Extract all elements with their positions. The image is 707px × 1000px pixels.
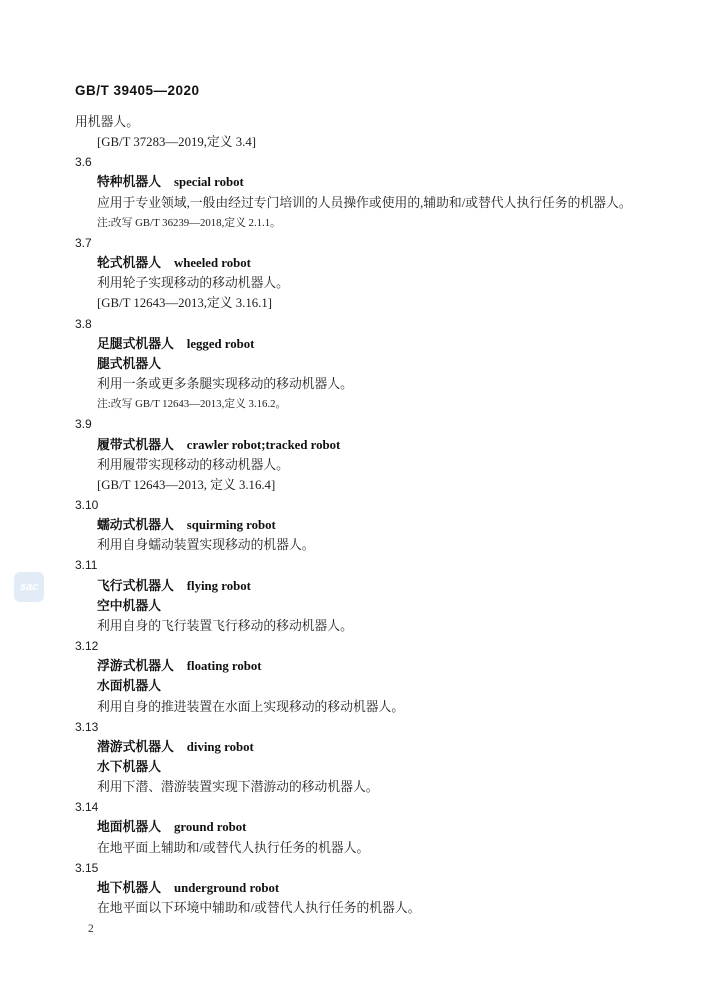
- section: 3.6 特种机器人special robot 应用于专业领域,一般由经过专门培训…: [75, 152, 650, 233]
- clause-number: 3.9: [75, 414, 650, 434]
- definition: 利用下潜、潜游装置实现下潜游动的移动机器人。: [75, 777, 650, 797]
- definition: 利用自身的飞行装置飞行移动的移动机器人。: [75, 616, 650, 636]
- clause-number: 3.11: [75, 555, 650, 575]
- term-english: special robot: [174, 175, 244, 189]
- term-line: 浮游式机器人floating robot: [75, 656, 650, 676]
- term-english: diving robot: [187, 740, 254, 754]
- definition: 在地平面上辅助和/或替代人执行任务的机器人。: [75, 838, 650, 858]
- sac-watermark-text: sac: [19, 581, 39, 593]
- page-content: 用机器人。 [GB/T 37283—2019,定义 3.4] 3.6 特种机器人…: [75, 112, 650, 939]
- term-english: wheeled robot: [174, 256, 251, 270]
- standard-document-page: GB/T 39405—2020 sac 用机器人。 [GB/T 37283—20…: [0, 0, 707, 1000]
- sac-watermark: sac: [14, 572, 44, 602]
- clause-number: 3.10: [75, 495, 650, 515]
- term-chinese: 地面机器人: [97, 819, 161, 834]
- term-alternate: 水下机器人: [75, 757, 650, 777]
- term-chinese: 飞行式机器人: [97, 578, 174, 593]
- reference: [GB/T 12643—2013,定义 3.16.1]: [75, 293, 650, 313]
- term-chinese: 履带式机器人: [97, 437, 174, 452]
- term-alternate: 水面机器人: [75, 676, 650, 696]
- note: 注:改写 GB/T 36239—2018,定义 2.1.1。: [75, 213, 650, 233]
- section: 3.8 足腿式机器人legged robot 腿式机器人 利用一条或更多条腿实现…: [75, 314, 650, 415]
- definition: 利用一条或更多条腿实现移动的移动机器人。: [75, 374, 650, 394]
- reference: [GB/T 12643—2013, 定义 3.16.4]: [75, 475, 650, 495]
- definition: 应用于专业领域,一般由经过专门培训的人员操作或使用的,辅助和/或替代人执行任务的…: [75, 193, 650, 213]
- section: 3.14 地面机器人ground robot 在地平面上辅助和/或替代人执行任务…: [75, 797, 650, 857]
- clause-number: 3.14: [75, 797, 650, 817]
- term-chinese: 特种机器人: [97, 174, 161, 189]
- term-chinese: 浮游式机器人: [97, 658, 174, 673]
- term-line: 履带式机器人crawler robot;tracked robot: [75, 435, 650, 455]
- definition: 利用自身的推进装置在水面上实现移动的移动机器人。: [75, 697, 650, 717]
- term-english: legged robot: [187, 337, 255, 351]
- clause-number: 3.12: [75, 636, 650, 656]
- term-line: 足腿式机器人legged robot: [75, 334, 650, 354]
- document-number-header: GB/T 39405—2020: [75, 83, 200, 98]
- term-line: 轮式机器人wheeled robot: [75, 253, 650, 273]
- clause-number: 3.6: [75, 152, 650, 172]
- definition: 在地平面以下环境中辅助和/或替代人执行任务的机器人。: [75, 898, 650, 918]
- term-line: 地下机器人underground robot: [75, 878, 650, 898]
- preamble-text: 用机器人。: [75, 112, 650, 132]
- section: 3.7 轮式机器人wheeled robot 利用轮子实现移动的移动机器人。 […: [75, 233, 650, 314]
- term-line: 地面机器人ground robot: [75, 817, 650, 837]
- page-number: 2: [75, 919, 650, 939]
- section: 3.12 浮游式机器人floating robot 水面机器人 利用自身的推进装…: [75, 636, 650, 717]
- term-chinese: 轮式机器人: [97, 255, 161, 270]
- section: 3.13 潜游式机器人diving robot 水下机器人 利用下潜、潜游装置实…: [75, 717, 650, 798]
- term-english: ground robot: [174, 820, 246, 834]
- term-english: floating robot: [187, 659, 262, 673]
- definition: 利用履带实现移动的移动机器人。: [75, 455, 650, 475]
- note: 注:改写 GB/T 12643—2013,定义 3.16.2。: [75, 394, 650, 414]
- term-alternate: 空中机器人: [75, 596, 650, 616]
- preamble-reference: [GB/T 37283—2019,定义 3.4]: [75, 132, 650, 152]
- term-chinese: 地下机器人: [97, 880, 161, 895]
- term-english: crawler robot;tracked robot: [187, 438, 341, 452]
- term-chinese: 蠕动式机器人: [97, 517, 174, 532]
- definition: 利用轮子实现移动的移动机器人。: [75, 273, 650, 293]
- clause-number: 3.7: [75, 233, 650, 253]
- section: 3.9 履带式机器人crawler robot;tracked robot 利用…: [75, 414, 650, 495]
- term-chinese: 足腿式机器人: [97, 336, 174, 351]
- clause-number: 3.13: [75, 717, 650, 737]
- term-alternate: 腿式机器人: [75, 354, 650, 374]
- section: 3.15 地下机器人underground robot 在地平面以下环境中辅助和…: [75, 858, 650, 918]
- definition: 利用自身蠕动装置实现移动的机器人。: [75, 535, 650, 555]
- term-english: flying robot: [187, 579, 251, 593]
- term-chinese: 潜游式机器人: [97, 739, 174, 754]
- term-line: 特种机器人special robot: [75, 172, 650, 192]
- term-english: underground robot: [174, 881, 279, 895]
- term-line: 潜游式机器人diving robot: [75, 737, 650, 757]
- clause-number: 3.15: [75, 858, 650, 878]
- clause-number: 3.8: [75, 314, 650, 334]
- section: 3.10 蠕动式机器人squirming robot 利用自身蠕动装置实现移动的…: [75, 495, 650, 555]
- section: 3.11 飞行式机器人flying robot 空中机器人 利用自身的飞行装置飞…: [75, 555, 650, 636]
- term-english: squirming robot: [187, 518, 276, 532]
- term-line: 蠕动式机器人squirming robot: [75, 515, 650, 535]
- term-line: 飞行式机器人flying robot: [75, 576, 650, 596]
